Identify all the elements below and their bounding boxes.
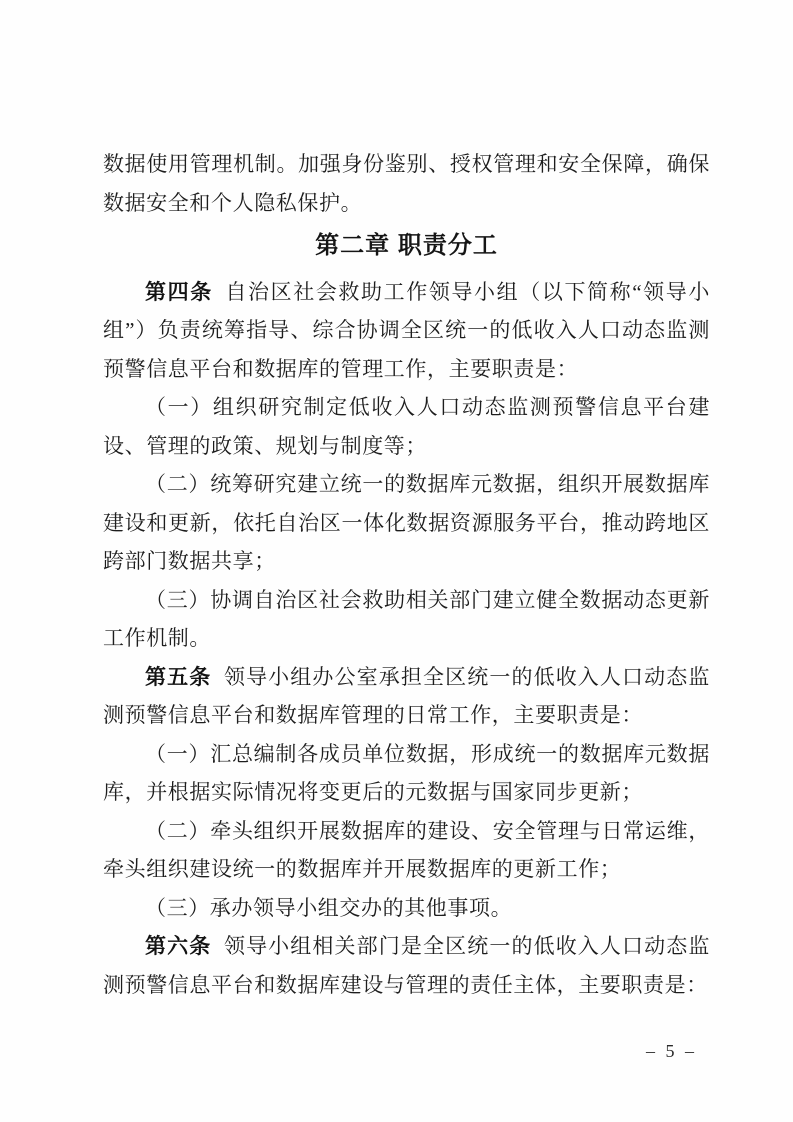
article-4-item-2: （二）统筹研究建立统一的数据库元数据，组织开展数据库建设和更新，依托自治区一体化… (103, 465, 710, 581)
article-6-lead: 第六条 (145, 934, 211, 958)
article-5-paragraph: 第五条领导小组办公室承担全区统一的低收入人口动态监测预警信息平台和数据库管理的日… (103, 658, 710, 735)
page-number: – 5 – (646, 1041, 697, 1062)
chapter-heading: 第二章 职责分工 (103, 227, 710, 266)
intro-continuation-paragraph: 数据使用管理机制。加强身份鉴别、授权管理和安全保障，确保数据安全和个人隐私保护。 (103, 145, 710, 222)
article-6-paragraph: 第六条领导小组相关部门是全区统一的低收入人口动态监测预警信息平台和数据库建设与管… (103, 927, 710, 1004)
article-5-lead: 第五条 (145, 665, 211, 689)
document-body: 数据使用管理机制。加强身份鉴别、授权管理和安全保障，确保数据安全和个人隐私保护。… (103, 145, 710, 1004)
article-5-item-1: （一）汇总编制各成员单位数据，形成统一的数据库元数据库，并根据实际情况将变更后的… (103, 735, 710, 812)
article-4-item-1: （一）组织研究制定低收入人口动态监测预警信息平台建设、管理的政策、规划与制度等； (103, 388, 710, 465)
article-4-item-3: （三）协调自治区社会救助相关部门建立健全数据动态更新工作机制。 (103, 581, 710, 658)
article-5-item-3: （三）承办领导小组交办的其他事项。 (103, 889, 710, 928)
document-page: 数据使用管理机制。加强身份鉴别、授权管理和安全保障，确保数据安全和个人隐私保护。… (0, 0, 793, 1122)
article-4-lead: 第四条 (145, 280, 213, 304)
article-4-paragraph: 第四条自治区社会救助工作领导小组（以下简称“领导小组”）负责统筹指导、综合协调全… (103, 273, 710, 389)
article-5-item-2: （二）牵头组织开展数据库的建设、安全管理与日常运维，牵头组织建设统一的数据库并开… (103, 812, 710, 889)
